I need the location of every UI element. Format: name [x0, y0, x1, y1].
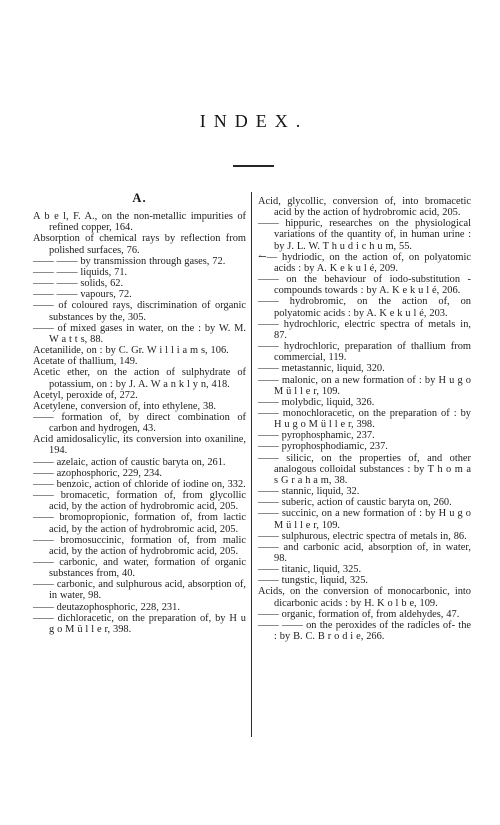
title-divider-rule — [233, 165, 274, 167]
index-entry: —— monochloracetic, on the preparation o… — [258, 408, 471, 430]
index-entry: —— titanic, liquid, 325. — [258, 564, 471, 575]
index-entry: —— malonic, on a new formation of : by H… — [258, 375, 471, 397]
index-entry: —— stannic, liquid, 32. — [258, 486, 471, 497]
index-entry: —— silicic, on the properties of, and ot… — [258, 453, 471, 486]
index-entry: Absorption of chemical rays by reflectio… — [33, 233, 246, 255]
index-entry: —— —— solids, 62. — [33, 278, 246, 289]
index-entry: Acetate of thallium, 149. — [33, 356, 246, 367]
index-entry: —— suberic, action of caustic baryta on,… — [258, 497, 471, 508]
index-entry: —— molybdic, liquid, 326. — [258, 397, 471, 408]
index-entry: —— deutazophosphoric, 228, 231. — [33, 602, 246, 613]
index-entry: Acetylene, conversion of, into ethylene,… — [33, 401, 246, 412]
left-entries: A b e l, F. A., on the non-metallic impu… — [33, 211, 246, 635]
index-entry: —— bromacetic, formation of, from glycol… — [33, 490, 246, 512]
index-entry: —— sulphurous, electric spectra of metal… — [258, 531, 471, 542]
index-entry: —— hippuric, researches on the physiolog… — [258, 218, 471, 251]
index-entry: —— azophosphoric, 229, 234. — [33, 468, 246, 479]
index-entry: —— and carbonic acid, absorption of, in … — [258, 542, 471, 564]
index-entry: —— formation of, by direct combination o… — [33, 412, 246, 434]
index-entry: —— —— by transmission through gases, 72. — [33, 256, 246, 267]
index-entry: —— hydrobromic, on the action of, on pol… — [258, 296, 471, 318]
index-entry: —— hydrochloric, preparation of thallium… — [258, 341, 471, 363]
index-entry: ↼— hydriodic, on the action of, on polya… — [258, 252, 471, 274]
index-entry: —— bromosuccinic, formation of, from mal… — [33, 535, 246, 557]
index-entry: —— pyrophosphamic, 237. — [258, 430, 471, 441]
index-entry: A b e l, F. A., on the non-metallic impu… — [33, 211, 246, 233]
index-entry: Acids, on the conversion of monocarbonic… — [258, 586, 471, 608]
index-entry: —— benzoic, action of chloride of iodine… — [33, 479, 246, 490]
index-entry: —— dichloracetic, on the preparation of,… — [33, 613, 246, 635]
index-entry: —— of mixed gases in water, on the : by … — [33, 323, 246, 345]
index-entry: Acetyl, peroxide of, 272. — [33, 390, 246, 401]
right-entries: Acid, glycollic, conversion of, into bro… — [258, 196, 471, 642]
index-entry: —— succinic, on a new formation of : by … — [258, 508, 471, 530]
index-entry: Acetanilide, on : by C. Gr. W i l l i a … — [33, 345, 246, 356]
index-page: INDEX. A. A b e l, F. A., on the non-met… — [0, 0, 500, 825]
index-entry: —— —— liquids, 71. — [33, 267, 246, 278]
index-entry: —— carbonic, and sulphurous acid, absorp… — [33, 579, 246, 601]
index-entry: —— tungstic, liquid, 325. — [258, 575, 471, 586]
index-entry: —— hydrochloric, electric spectra of met… — [258, 319, 471, 341]
column-divider-rule — [251, 192, 252, 737]
index-entry: —— of coloured rays, discrimination of o… — [33, 300, 246, 322]
page-title: INDEX. — [0, 111, 500, 132]
index-entry: —— organic, formation of, from aldehydes… — [258, 609, 471, 620]
index-entry: —— —— vapours, 72. — [33, 289, 246, 300]
section-heading: A. — [33, 193, 246, 204]
right-column: Acid, glycollic, conversion of, into bro… — [258, 192, 471, 642]
index-columns: A. A b e l, F. A., on the non-metallic i… — [33, 192, 473, 737]
index-entry: —— —— on the peroxides of the radicles o… — [258, 620, 471, 642]
index-entry: —— bromopropionic, formation of, from la… — [33, 512, 246, 534]
index-entry: Acetic ether, on the action of sulphydra… — [33, 367, 246, 389]
index-entry: —— pyrophosphodiamic, 237. — [258, 441, 471, 452]
index-entry: Acid, glycollic, conversion of, into bro… — [258, 196, 471, 218]
index-entry: —— on the behaviour of iodo-substitution… — [258, 274, 471, 296]
index-entry: —— azelaic, action of caustic baryta on,… — [33, 457, 246, 468]
index-entry: —— carbonic, and water, formation of org… — [33, 557, 246, 579]
left-column: A. A b e l, F. A., on the non-metallic i… — [33, 192, 246, 635]
index-entry: Acid amidosalicylic, its conversion into… — [33, 434, 246, 456]
index-entry: —— metastannic, liquid, 320. — [258, 363, 471, 374]
